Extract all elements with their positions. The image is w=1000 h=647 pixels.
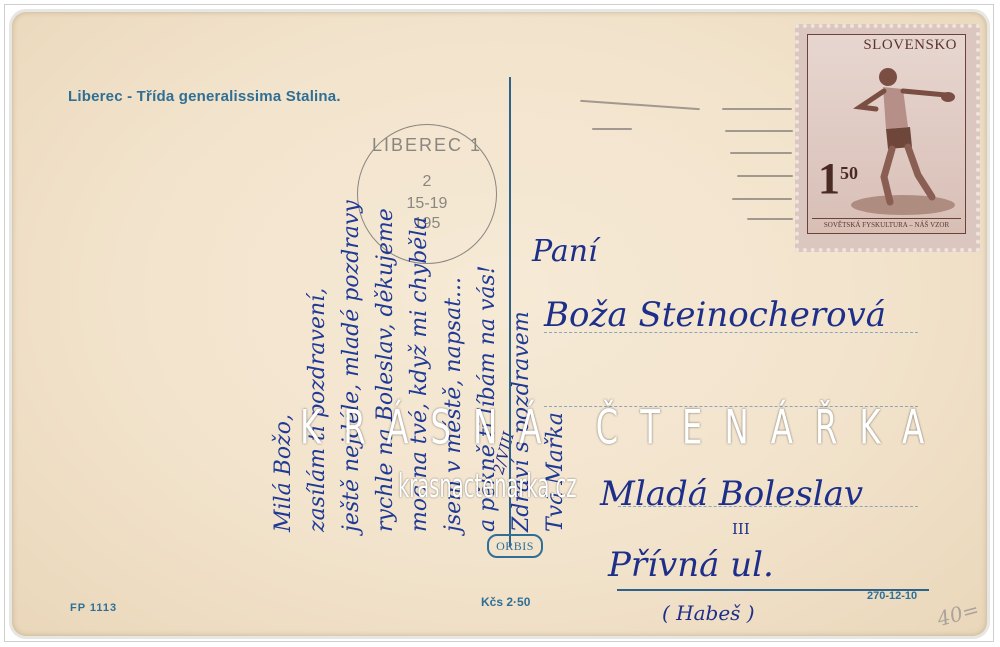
- address-district: III: [732, 520, 750, 538]
- watermark-url: krasnactenarka.cz: [398, 468, 576, 506]
- stamp-country: SLOVENSKO: [863, 37, 957, 54]
- cancel-wave: [747, 218, 793, 220]
- cancel-wave: [725, 130, 793, 132]
- cancel-wave: [592, 128, 632, 130]
- price-label: Kčs 2·50: [481, 595, 530, 609]
- address-city: Mladá Boleslav: [600, 474, 863, 514]
- stamp-value: 150: [818, 153, 858, 204]
- pencil-price-note: 40=: [935, 597, 982, 631]
- address-street: Přívná ul.: [608, 545, 774, 585]
- catalog-code: 270-12-10: [867, 590, 917, 602]
- address-salutation: Paní: [532, 234, 598, 269]
- address-line: [544, 332, 918, 333]
- postcard: Liberec - Třída generalissima Stalina. L…: [12, 12, 987, 636]
- address-line: [618, 506, 918, 507]
- cancel-wave: [737, 175, 793, 177]
- discus-thrower-icon: [848, 57, 958, 217]
- address-name: Boža Steinocherová: [544, 295, 886, 335]
- message-line: zasílám ti pozdravení,: [301, 200, 335, 532]
- series-code: FP 1113: [70, 602, 117, 614]
- postcard-caption: Liberec - Třída generalissima Stalina.: [68, 88, 341, 105]
- postage-stamp: SLOVENSKO 150 SOVĚTSKÁ FYSKULTURA – NÁŠ …: [795, 24, 980, 252]
- orbis-logo: ORBIS: [487, 534, 543, 558]
- postmark-day: 2: [358, 173, 496, 191]
- watermark-title: KRÁSNÁ ČTENÁŘKA: [300, 402, 946, 455]
- postmark-city: LIBEREC 1: [358, 135, 496, 156]
- cancel-wave: [580, 100, 700, 110]
- cancel-wave: [732, 198, 792, 200]
- stamp-caption: SOVĚTSKÁ FYSKULTURA – NÁŠ VZOR: [812, 218, 961, 229]
- message-line: Milá Božo,: [267, 200, 301, 532]
- message-line: ještě nejdéle, mladé pozdravy: [335, 200, 369, 532]
- cancel-wave: [722, 108, 792, 110]
- address-note: ( Habeš ): [662, 601, 755, 625]
- cancel-wave: [730, 152, 792, 154]
